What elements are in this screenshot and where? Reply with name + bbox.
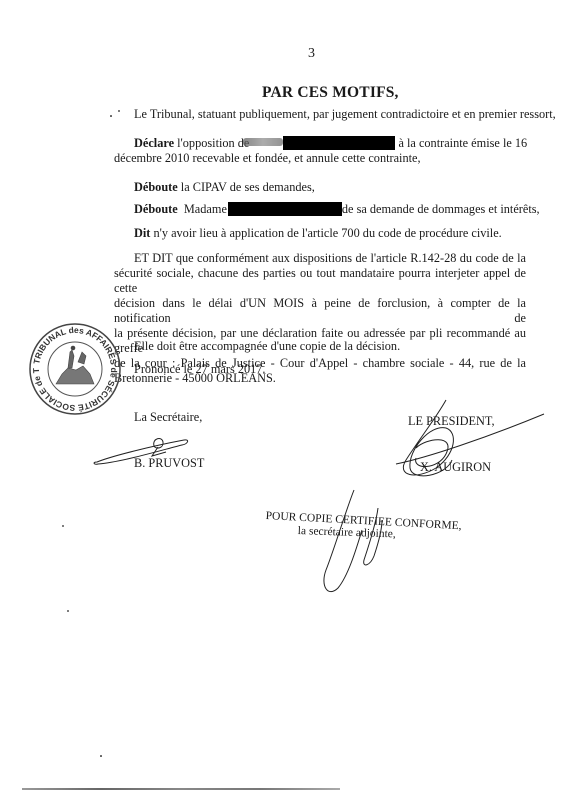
deboute-cipav-text: la CIPAV de ses demandes,: [181, 180, 315, 194]
keyword-declare: Déclare: [134, 136, 174, 150]
paragraph-dit: Dit n'y avoir lieu à application de l'ar…: [134, 226, 502, 241]
keyword-deboute: Déboute: [134, 180, 178, 194]
redaction-bar: [228, 202, 342, 216]
appeal-line: sécurité sociale, chacune des parties ou…: [114, 266, 526, 296]
appeal-line: ET DIT que conformément aux dispositions…: [114, 251, 526, 266]
scan-speck: [67, 610, 69, 612]
appeal-line: décision dans le délai d'UN MOIS à peine…: [114, 296, 526, 326]
page-bottom-rule: [22, 788, 340, 790]
scan-speck: [100, 755, 102, 757]
scan-speck: [118, 110, 120, 112]
paragraph-copy: Elle doit être accompagnée d'une copie d…: [134, 339, 400, 354]
page-number: 3: [308, 46, 315, 62]
president-name: X. AUGIRON: [420, 460, 491, 475]
keyword-deboute: Déboute: [134, 202, 178, 216]
dit-text: n'y avoir lieu à application de l'articl…: [153, 226, 501, 240]
redaction-bar: [283, 136, 395, 150]
secretary-name: B. PRUVOST: [134, 456, 204, 471]
paragraph-intro: Le Tribunal, statuant publiquement, par …: [134, 107, 556, 122]
section-heading: PAR CES MOTIFS,: [262, 84, 399, 102]
secretary-title: La Secrétaire,: [134, 410, 202, 425]
deboute-madame-pre: Madame: [184, 202, 227, 216]
paragraph-declare: Déclare l'opposition de à la contrainte …: [134, 136, 527, 151]
paragraph-pronounced: Prononcé le 27 mars 2017.: [134, 362, 265, 377]
scan-speck: [110, 115, 112, 117]
scribble-redaction: [243, 138, 283, 146]
paragraph-deboute-cipav: Déboute la CIPAV de ses demandes,: [134, 180, 315, 195]
certification-signature-icon: [318, 490, 408, 600]
paragraph-declare-line2: décembre 2010 recevable et fondée, et an…: [114, 151, 421, 166]
declare-pre: l'opposition de: [177, 136, 249, 150]
scan-speck: [62, 525, 64, 527]
paragraph-deboute-madame: Déboute Madamede sa demande de dommages …: [134, 202, 540, 217]
keyword-dit: Dit: [134, 226, 150, 240]
deboute-madame-post: de sa demande de dommages et intérêts,: [342, 202, 540, 216]
declare-post: à la contrainte émise le 16: [398, 136, 527, 150]
court-stamp-icon: TRIBUNAL des AFFAIRES de SÉCURITÉ SOCIAL…: [28, 322, 122, 416]
